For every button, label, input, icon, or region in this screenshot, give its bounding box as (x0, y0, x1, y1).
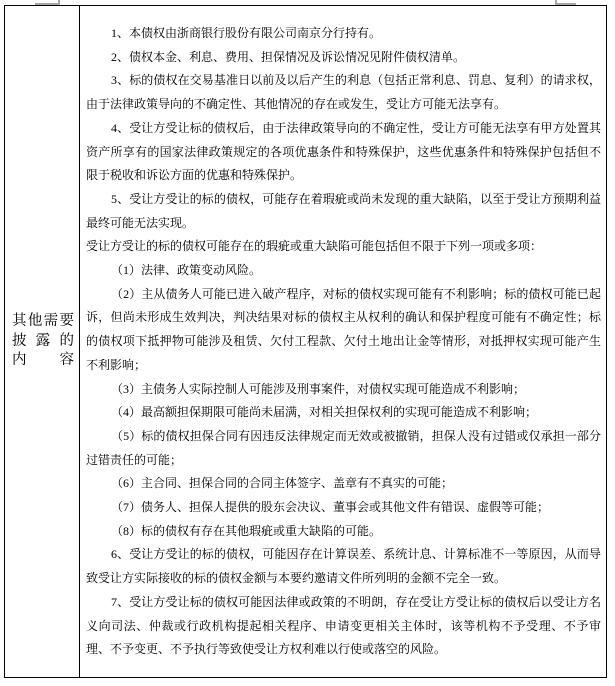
row-header-line-1: 其他需要 (12, 312, 74, 332)
document-page: 其他需要 披露的 内容 1、本债权由浙商银行股份有限公司南京分行持有。 2、债权… (0, 0, 615, 686)
disclosure-paragraph: 4、受让方受让标的债权后，由于法律政策导向的不确定性，受让方可能无法享有甲方处置… (86, 117, 601, 188)
disclosure-paragraph: （2）主从债务人可能已进入破产程序，对标的债权实现可能有不利影响；标的债权可能已… (86, 283, 601, 378)
disclosure-table: 其他需要 披露的 内容 1、本债权由浙商银行股份有限公司南京分行持有。 2、债权… (4, 5, 607, 678)
disclosure-paragraph: （8）标的债权有存在其他瑕疵或重大缺陷的可能。 (86, 520, 601, 544)
row-content-cell: 1、本债权由浙商银行股份有限公司南京分行持有。 2、债权本金、利息、费用、担保情… (80, 6, 606, 677)
disclosure-paragraph: （6）主合同、担保合同的合同主体签字、盖章有不真实的可能； (86, 472, 601, 496)
disclosure-paragraph: （3）主债务人实际控制人可能涉及刑事案件，对债权实现可能造成不利影响； (86, 378, 601, 402)
disclosure-paragraph: 5、受让方受让的标的债权，可能存在着瑕疵或尚未发现的重大缺陷，以至于受让方预期利… (86, 188, 601, 235)
row-header-line-3: 内容 (12, 351, 74, 371)
disclosure-paragraph: 受让方受让的标的债权可能存在的瑕疵或重大缺陷可能包括但不限于下列一项或多项： (86, 235, 601, 259)
disclosure-paragraph: （1）法律、政策变动风险。 (86, 259, 601, 283)
disclosure-paragraph: （4）最高额担保期限可能尚未届满，对相关担保权利的实现可能造成不利影响； (86, 401, 601, 425)
row-header-label: 其他需要 披露的 内容 (5, 312, 79, 371)
disclosure-paragraph: 1、本债权由浙商银行股份有限公司南京分行持有。 (86, 22, 601, 46)
row-header-line-2: 披露的 (12, 332, 74, 352)
disclosure-paragraph: （5）标的债权担保合同有因违反法律规定而无效或被撤销，担保人没有过错或仅承担一部… (86, 425, 601, 472)
disclosure-paragraph: 3、标的债权在交易基准日以前及以后产生的利息（包括正常利息、罚息、复利）的请求权… (86, 69, 601, 116)
disclosure-paragraph: 7、受让方受让标的债权可能因法律或政策的不明朗，存在受让方受让标的债权后以受让方… (86, 591, 601, 662)
disclosure-paragraph: 6、受让方受让的标的债权，可能因存在计算误差、系统计息、计算标准不一等原因，从而… (86, 543, 601, 590)
disclosure-paragraph: （7）债务人、担保人提供的股东会决议、董事会或其他文件有错误、虚假等可能； (86, 496, 601, 520)
disclosure-paragraph: 2、债权本金、利息、费用、担保情况及诉讼情况见附件债权清单。 (86, 46, 601, 70)
row-header-cell: 其他需要 披露的 内容 (5, 6, 80, 677)
